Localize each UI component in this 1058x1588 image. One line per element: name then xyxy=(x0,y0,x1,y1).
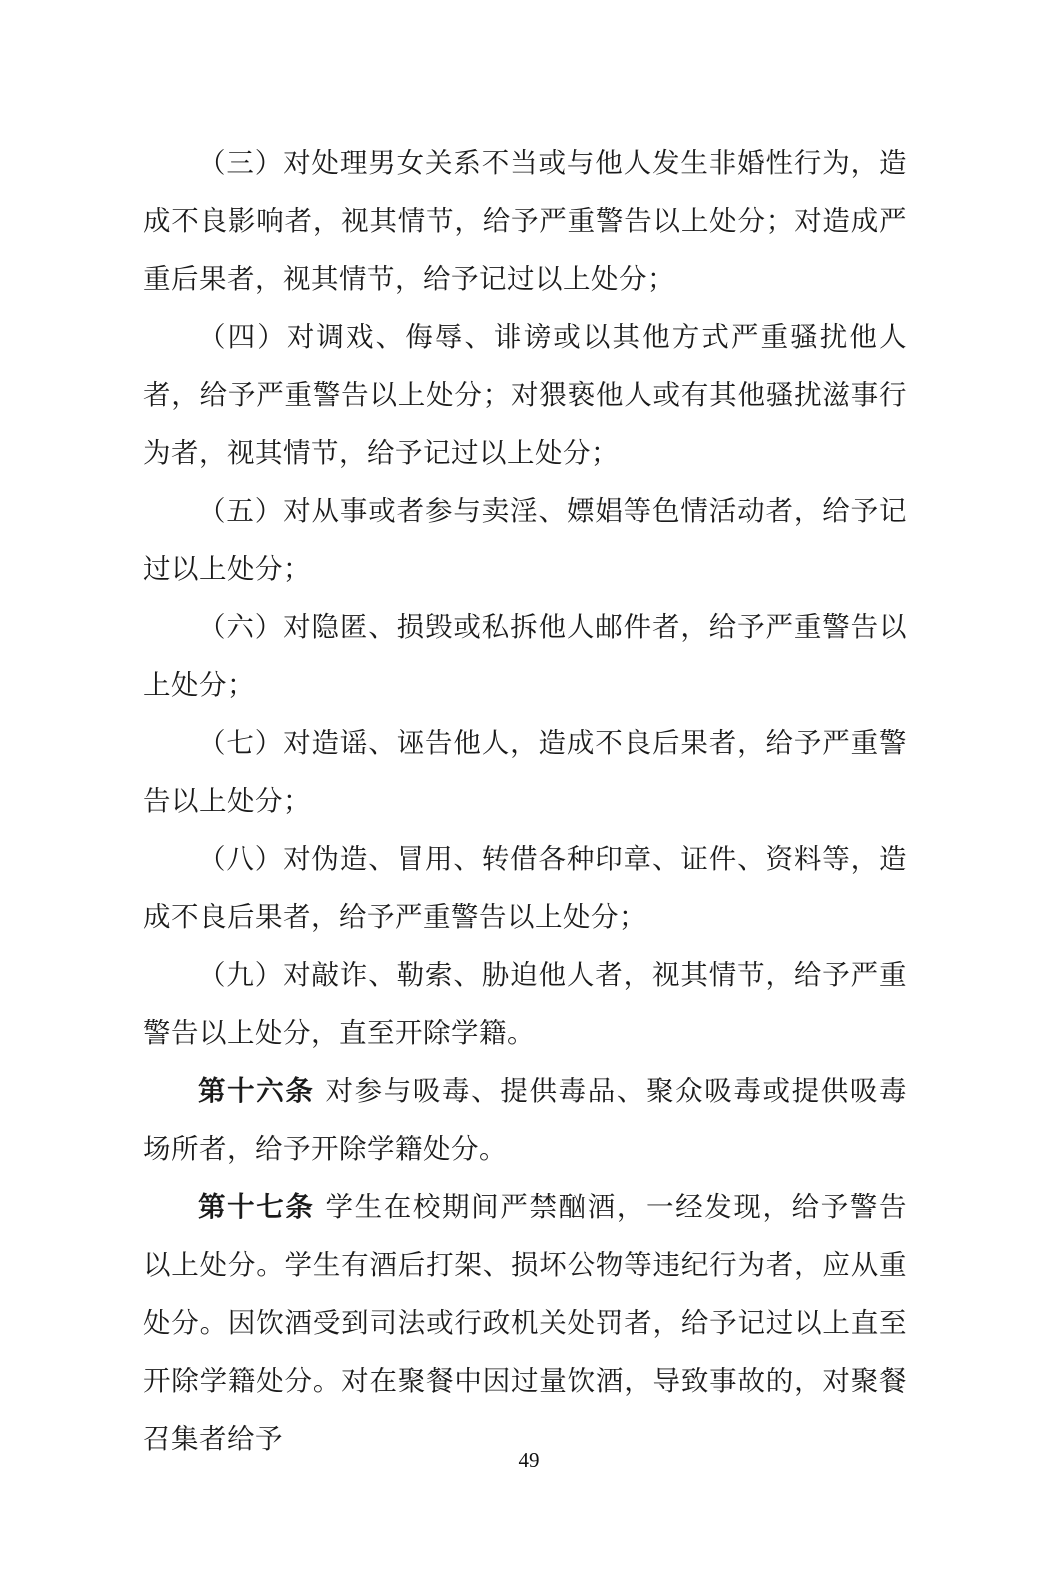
article-number: 第十六条 xyxy=(198,1075,315,1107)
article-text: 学生在校期间严禁酗酒，一经发现，给予警告以上处分。学生有酒后打架、损坏公物等违纪… xyxy=(143,1191,907,1455)
paragraph-item-9: （九）对敲诈、勒索、胁迫他人者，视其情节，给予严重警告以上处分，直至开除学籍。 xyxy=(143,946,907,1062)
paragraph-text: （四）对调戏、侮辱、诽谤或以其他方式严重骚扰他人者，给予严重警告以上处分；对猥亵… xyxy=(143,321,907,469)
paragraph-text: （九）对敲诈、勒索、胁迫他人者，视其情节，给予严重警告以上处分，直至开除学籍。 xyxy=(143,959,907,1049)
paragraph-text: （五）对从事或者参与卖淫、嫖娼等色情活动者，给予记过以上处分； xyxy=(143,495,907,585)
paragraph-text: （七）对造谣、诬告他人，造成不良后果者，给予严重警告以上处分； xyxy=(143,727,907,817)
page-number: 49 xyxy=(0,1448,1058,1473)
article-17: 第十七条学生在校期间严禁酗酒，一经发现，给予警告以上处分。学生有酒后打架、损坏公… xyxy=(143,1178,907,1468)
document-body: （三）对处理男女关系不当或与他人发生非婚性行为，造成不良影响者，视其情节，给予严… xyxy=(143,134,907,1468)
paragraph-item-7: （七）对造谣、诬告他人，造成不良后果者，给予严重警告以上处分； xyxy=(143,714,907,830)
paragraph-item-5: （五）对从事或者参与卖淫、嫖娼等色情活动者，给予记过以上处分； xyxy=(143,482,907,598)
paragraph-text: （八）对伪造、冒用、转借各种印章、证件、资料等，造成不良后果者，给予严重警告以上… xyxy=(143,843,907,933)
paragraph-item-3: （三）对处理男女关系不当或与他人发生非婚性行为，造成不良影响者，视其情节，给予严… xyxy=(143,134,907,308)
paragraph-item-4: （四）对调戏、侮辱、诽谤或以其他方式严重骚扰他人者，给予严重警告以上处分；对猥亵… xyxy=(143,308,907,482)
article-number: 第十七条 xyxy=(198,1191,315,1223)
paragraph-text: （六）对隐匿、损毁或私拆他人邮件者，给予严重警告以上处分； xyxy=(143,611,907,701)
paragraph-text: （三）对处理男女关系不当或与他人发生非婚性行为，造成不良影响者，视其情节，给予严… xyxy=(143,147,907,295)
article-16: 第十六条对参与吸毒、提供毒品、聚众吸毒或提供吸毒场所者，给予开除学籍处分。 xyxy=(143,1062,907,1178)
paragraph-item-6: （六）对隐匿、损毁或私拆他人邮件者，给予严重警告以上处分； xyxy=(143,598,907,714)
paragraph-item-8: （八）对伪造、冒用、转借各种印章、证件、资料等，造成不良后果者，给予严重警告以上… xyxy=(143,830,907,946)
